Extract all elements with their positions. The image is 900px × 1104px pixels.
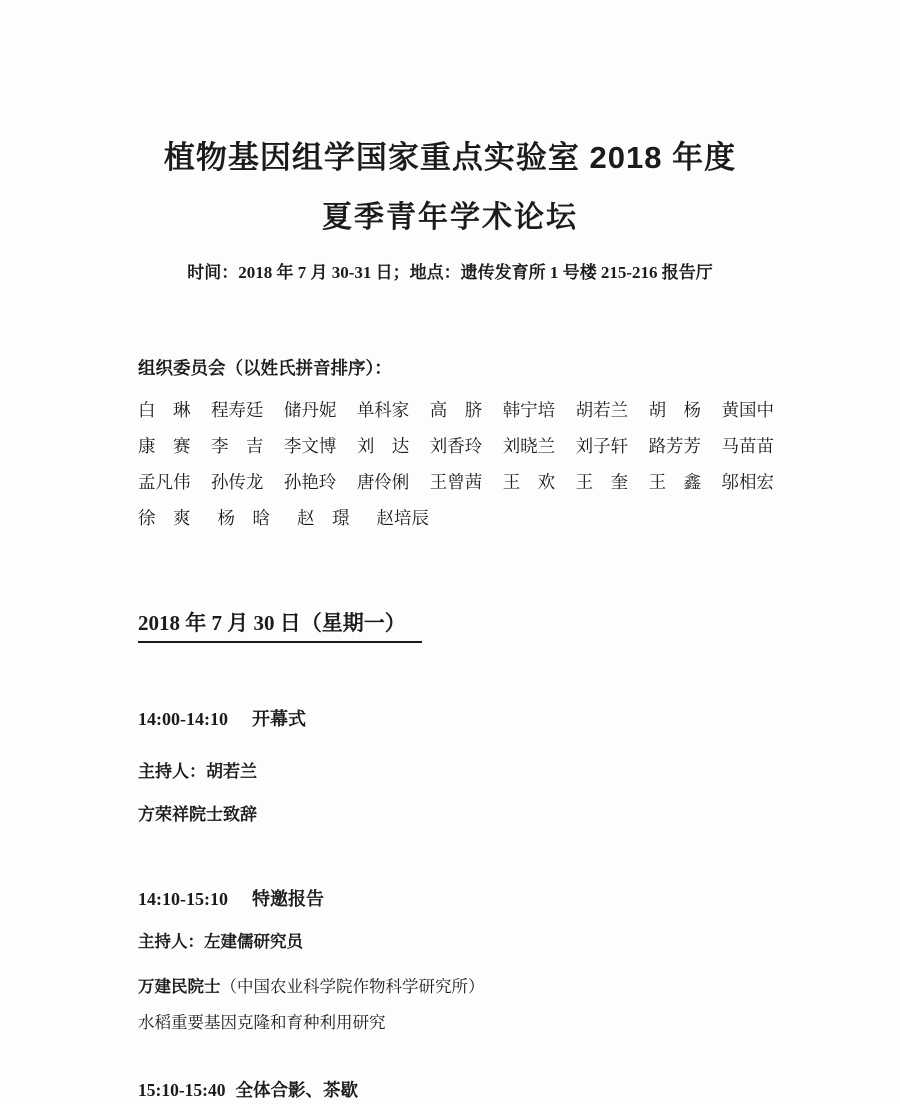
committee-name: 邬相宏 [722, 469, 775, 494]
committee-name: 白 琳 [138, 397, 191, 422]
committee-name: 赵培辰 [377, 505, 430, 530]
committee-name: 王 鑫 [649, 469, 702, 494]
session2-host: 主持人：左建儒研究员 [138, 928, 303, 952]
committee-name: 韩宁培 [503, 397, 556, 422]
session1-title: 开幕式 [252, 709, 306, 729]
committee-name: 胡 杨 [649, 397, 702, 422]
session2-time-line: 14:10-15:10特邀报告 [138, 885, 324, 911]
session2-speaker-affiliation: （中国农业科学院作物科学研究所） [221, 977, 485, 996]
committee-name: 赵 璟 [297, 505, 350, 530]
committee-name: 杨 晗 [218, 505, 271, 530]
committee-name: 王 奎 [576, 469, 629, 494]
committee-name: 徐 爽 [138, 505, 191, 530]
committee-name: 王 欢 [503, 469, 556, 494]
committee-row-2: 康 赛 李 吉 李文博 刘 达 刘香玲 刘晓兰 刘子轩 路芳芳 马苗苗 [138, 433, 774, 458]
session2-speaker: 万建民院士 [138, 977, 221, 996]
committee-row-3: 孟凡伟 孙传龙 孙艳玲 唐伶俐 王曾茜 王 欢 王 奎 王 鑫 邬相宏 [138, 469, 774, 494]
session1-note: 方荣祥院士致辞 [138, 800, 257, 825]
committee-name: 康 赛 [138, 433, 191, 458]
committee-name: 胡若兰 [576, 397, 629, 422]
committee-name: 李文博 [284, 433, 337, 458]
committee-name: 程寿廷 [211, 397, 264, 422]
session3-title: 全体合影、茶歇 [235, 1080, 358, 1100]
session2-speaker-line: 万建民院士（中国农业科学院作物科学研究所） [138, 973, 485, 997]
committee-name: 孙艳玲 [284, 469, 337, 494]
time-location-line: 时间：2018 年 7 月 30-31 日；地点：遗传发育所 1 号楼 215-… [0, 258, 900, 283]
committee-name: 储丹妮 [284, 397, 337, 422]
committee-heading: 组织委员会（以姓氏拼音排序）： [138, 355, 392, 380]
day1-heading: 2018 年 7 月 30 日（星期一） [138, 607, 422, 643]
committee-name: 单科家 [357, 397, 410, 422]
committee-name: 刘 达 [357, 433, 410, 458]
committee-name: 王曾茜 [430, 469, 483, 494]
committee-name: 唐伶俐 [357, 469, 410, 494]
session1-host: 主持人：胡若兰 [138, 757, 257, 782]
committee-name: 李 吉 [211, 433, 264, 458]
page-title-line1: 植物基因组学国家重点实验室 2018 年度 [0, 132, 900, 177]
committee-name: 高 脐 [430, 397, 483, 422]
document-page: 植物基因组学国家重点实验室 2018 年度 夏季青年学术论坛 时间：2018 年… [0, 0, 900, 1104]
session3-time: 15:10-15:40 [138, 1080, 225, 1100]
session2-talk-title: 水稻重要基因克隆和育种利用研究 [138, 1009, 386, 1033]
session2-title: 特邀报告 [252, 889, 324, 909]
session3-time-line: 15:10-15:40全体合影、茶歇 [138, 1077, 358, 1102]
committee-name: 路芳芳 [649, 433, 702, 458]
page-title-line2: 夏季青年学术论坛 [0, 192, 900, 236]
session1-time-line: 14:00-14:10开幕式 [138, 705, 306, 731]
committee-name: 孙传龙 [211, 469, 264, 494]
committee-row-4: 徐 爽 杨 晗 赵 璟 赵培辰 [138, 505, 774, 530]
committee-name: 刘香玲 [430, 433, 483, 458]
committee-name: 孟凡伟 [138, 469, 191, 494]
session2-time: 14:10-15:10 [138, 889, 228, 909]
day1-heading-text: 2018 年 7 月 30 日（星期一） [138, 607, 422, 643]
committee-row-1: 白 琳 程寿廷 储丹妮 单科家 高 脐 韩宁培 胡若兰 胡 杨 黄国中 [138, 397, 774, 422]
committee-name: 黄国中 [722, 397, 775, 422]
session1-time: 14:00-14:10 [138, 709, 228, 729]
committee-name: 刘晓兰 [503, 433, 556, 458]
committee-name: 马苗苗 [722, 433, 775, 458]
committee-name: 刘子轩 [576, 433, 629, 458]
